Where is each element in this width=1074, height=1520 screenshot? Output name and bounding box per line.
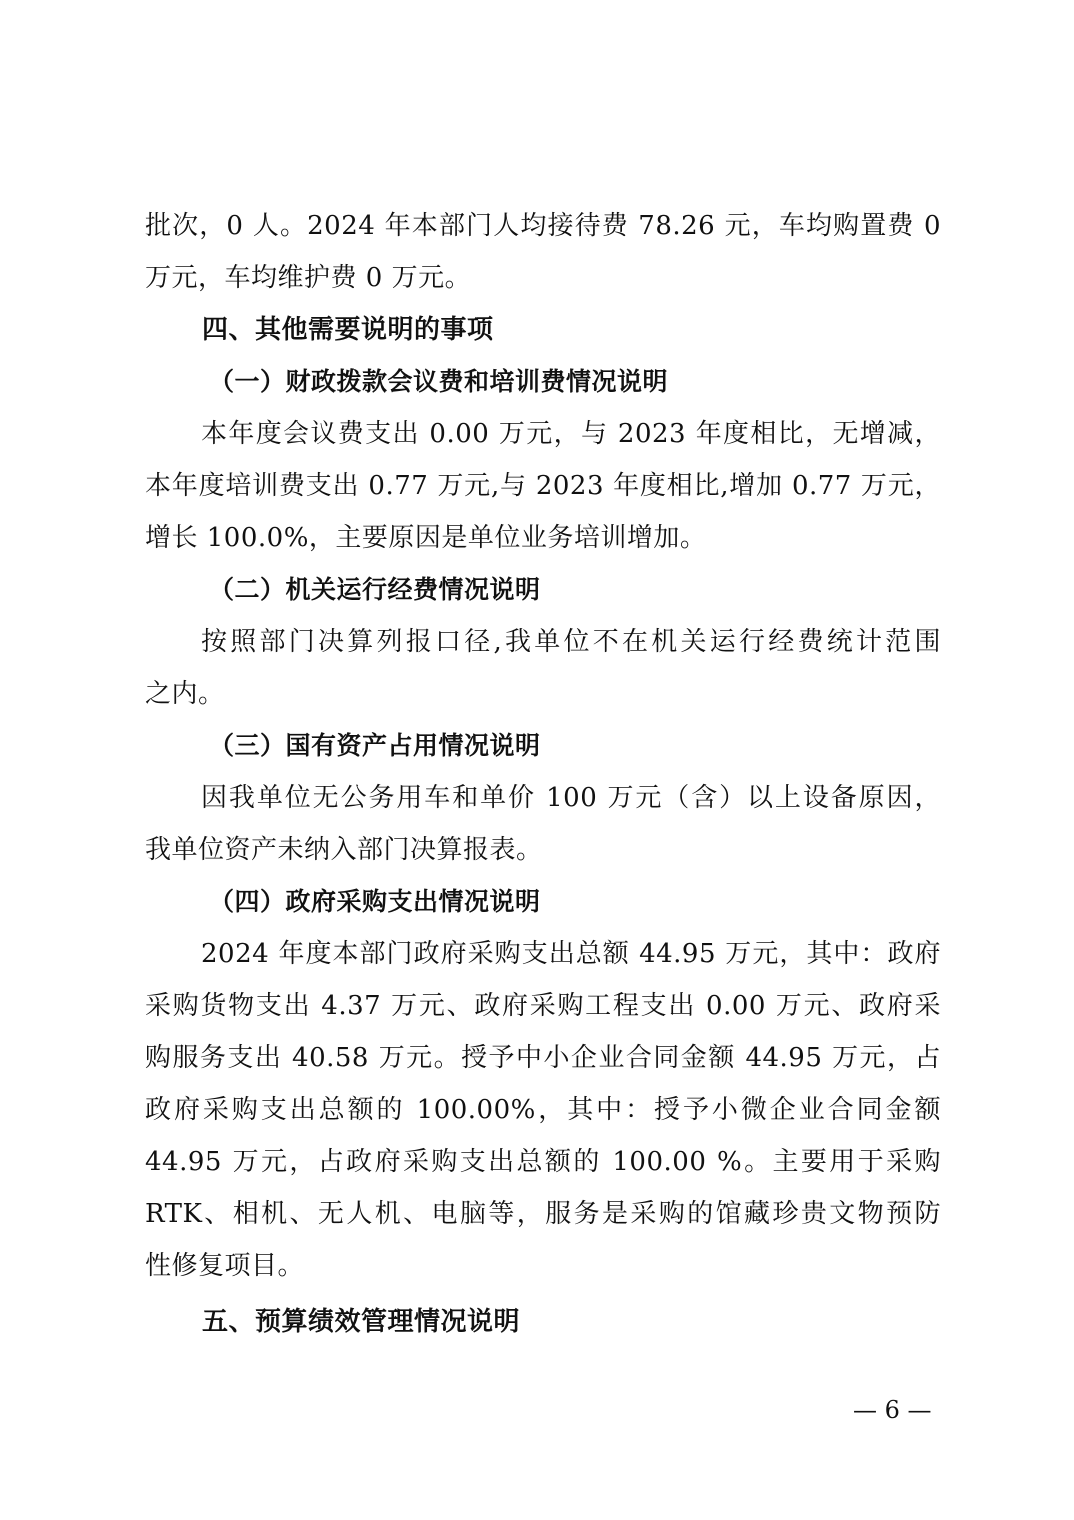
body-text-line: 政府采购支出总额的 100.00%，其中：授予小微企业合同金额 <box>145 1084 941 1136</box>
body-text-line: 44.95 万元，占政府采购支出总额的 100.00 %。主要用于采购 <box>145 1136 941 1188</box>
body-text-line: 购服务支出 40.58 万元。授予中小企业合同金额 44.95 万元，占 <box>145 1032 941 1084</box>
body-text-line: 2024 年度本部门政府采购支出总额 44.95 万元，其中：政府 <box>201 928 941 980</box>
body-text-line: 我单位资产未纳入部门决算报表。 <box>145 824 543 876</box>
body-text-line: 本年度会议费支出 0.00 万元，与 2023 年度相比，无增减， <box>201 408 941 460</box>
body-text-line: 因我单位无公务用车和单价 100 万元（含）以上设备原因， <box>201 772 941 824</box>
body-text-line: 万元，车均维护费 0 万元。 <box>145 252 471 304</box>
subsection-heading-4: （四）政府采购支出情况说明 <box>209 876 541 928</box>
body-text-line: RTK、相机、无人机、电脑等，服务是采购的馆藏珍贵文物预防 <box>145 1188 941 1240</box>
body-text-line: 本年度培训费支出 0.77 万元,与 2023 年度相比,增加 0.77 万元， <box>145 460 941 512</box>
body-text-line: 之内。 <box>145 668 225 720</box>
body-text-line: 采购货物支出 4.37 万元、政府采购工程支出 0.00 万元、政府采 <box>145 980 941 1032</box>
section-heading-4: 四、其他需要说明的事项 <box>202 304 494 356</box>
page-number: — 6 — <box>853 1394 932 1426</box>
body-text-line: 按照部门决算列报口径,我单位不在机关运行经费统计范围 <box>201 616 941 668</box>
body-text-line: 性修复项目。 <box>145 1240 304 1292</box>
body-text-line: 批次，0 人。2024 年本部门人均接待费 78.26 元，车均购置费 0 <box>145 200 941 252</box>
body-text-line: 增长 100.0%，主要原因是单位业务培训增加。 <box>145 512 706 564</box>
subsection-heading-3: （三）国有资产占用情况说明 <box>209 720 541 772</box>
subsection-heading-2: （二）机关运行经费情况说明 <box>209 564 541 616</box>
subsection-heading-1: （一）财政拨款会议费和培训费情况说明 <box>209 356 668 408</box>
section-heading-5: 五、预算绩效管理情况说明 <box>202 1296 520 1348</box>
